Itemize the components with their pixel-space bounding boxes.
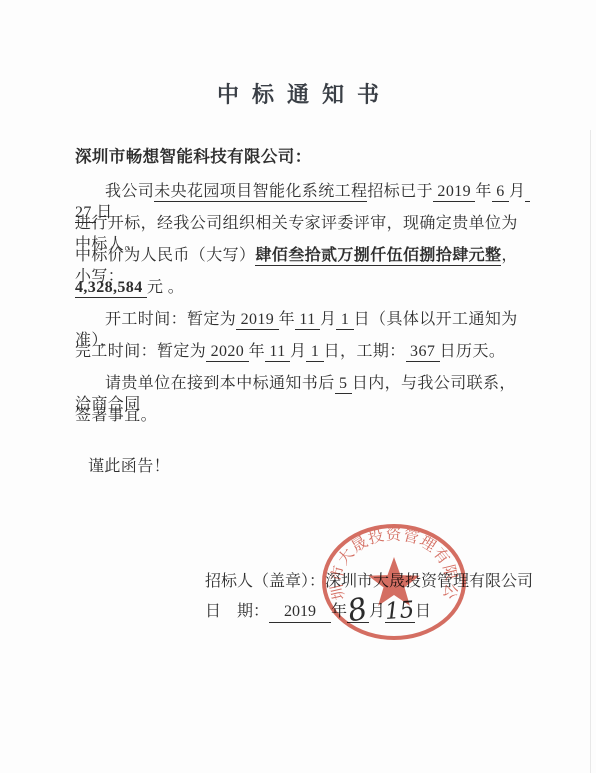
text-segment: 年: [279, 311, 295, 328]
text-segment: 请贵单位在接到本中标通知书后: [105, 375, 335, 392]
text-segment: 完工时间：暂定为: [75, 343, 206, 360]
text-segment: 年: [249, 343, 265, 360]
text-segment: 月: [320, 311, 336, 328]
project-name: 未央花园项目智能化系统工程: [154, 183, 367, 202]
start-year: 2019: [236, 311, 278, 330]
document-page: 中标通知书 深圳市畅想智能科技有限公司： 我公司未央花园项目智能化系统工程招标已…: [0, 0, 596, 773]
document-title: 中标通知书: [0, 78, 596, 109]
text-segment: 开工时间：暂定为: [105, 311, 236, 328]
date-label: 日 期：: [205, 603, 269, 620]
start-day: 1: [336, 311, 353, 330]
company-seal-stamp: 深圳市大晟投资管理有限公司: [319, 521, 469, 643]
duration-days: 367: [406, 343, 440, 362]
tender-month: 6: [492, 183, 509, 202]
tender-year: 2019: [433, 183, 475, 202]
closing-line: 谨此函告！: [88, 456, 526, 477]
text-segment: 日历天。: [440, 343, 506, 360]
addressee-line: 深圳市畅想智能科技有限公司：: [75, 146, 526, 167]
scan-edge-shadow: [590, 130, 591, 773]
text-segment: 年: [475, 183, 491, 200]
text-segment: 月: [509, 183, 525, 200]
amount-in-figures: 4,328,584: [75, 279, 147, 298]
finish-year: 2020: [206, 343, 248, 362]
text-segment: 月: [290, 343, 306, 360]
text-segment: 我公司: [105, 183, 154, 200]
finish-month: 11: [265, 343, 290, 362]
body-line-8: 签署事宜。: [75, 405, 526, 426]
seal-star-icon: [368, 557, 419, 606]
text-segment: 中标价为人民币（大写）: [75, 247, 255, 264]
amount-in-words: 肆佰叁拾贰万捌仟伍佰捌拾肆元整: [255, 247, 501, 266]
text-segment: 日，工期：: [324, 343, 406, 360]
text-segment: 元 。: [147, 279, 184, 296]
reply-days: 5: [335, 375, 352, 394]
text-segment: 招标已于: [367, 183, 433, 200]
body-line-4: 4,328,584 元 。: [75, 277, 526, 298]
date-year: 2019: [284, 603, 316, 620]
start-month: 11: [295, 311, 320, 330]
finish-day: 1: [306, 343, 323, 362]
body-line-6: 完工时间：暂定为 2020 年 11 月 1 日，工期： 367 日历天。: [75, 341, 526, 362]
